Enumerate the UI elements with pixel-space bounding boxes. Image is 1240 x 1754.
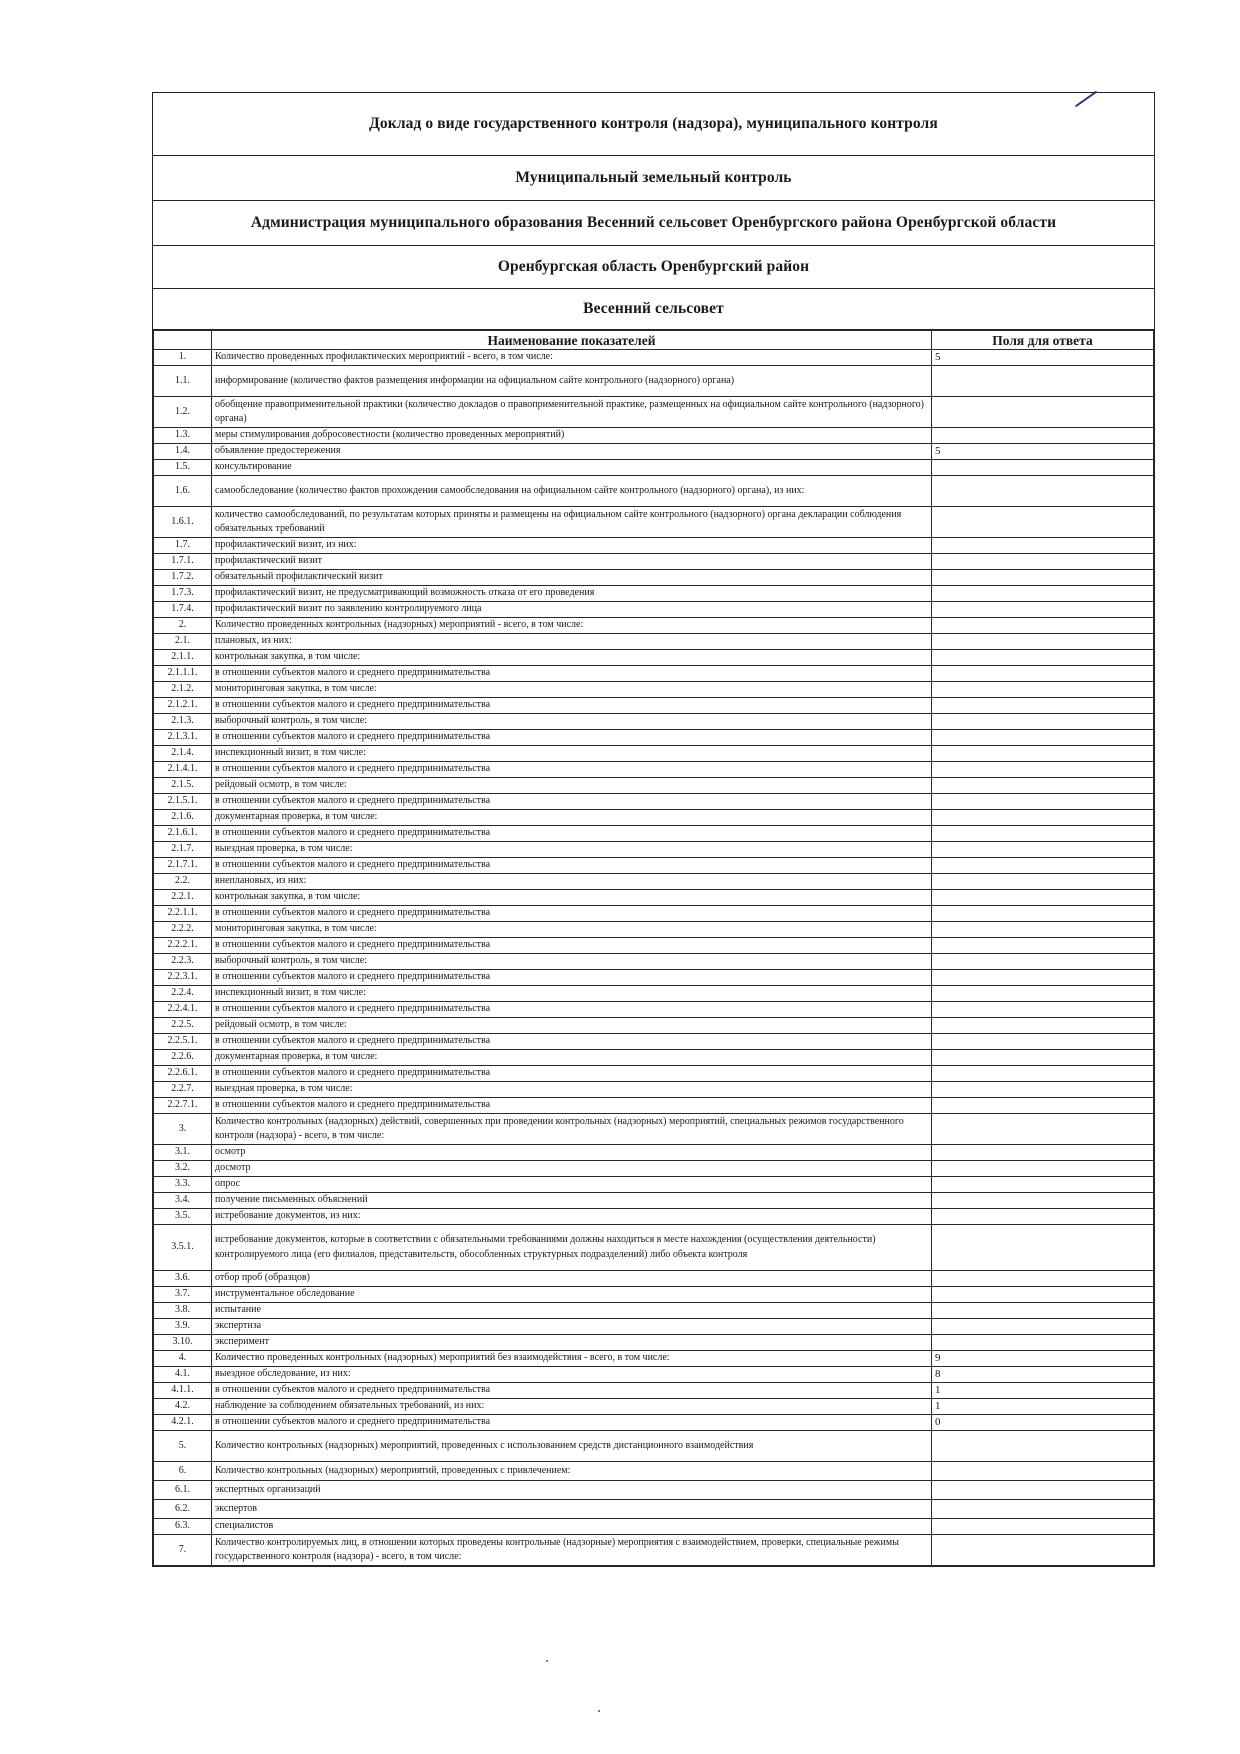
row-number: 2.2.6. <box>154 1050 212 1066</box>
header-indicator-name: Наименование показателей <box>212 331 932 350</box>
row-number: 2.2. <box>154 874 212 890</box>
answer-field[interactable]: 9 <box>932 1351 1154 1367</box>
row-indicator-name: в отношении субъектов малого и среднего … <box>212 938 932 954</box>
table-row: 2.2.4.1.в отношении субъектов малого и с… <box>154 1002 1154 1018</box>
report-sheet: Доклад о виде государственного контроля … <box>152 92 1155 1567</box>
table-row: 2.2.внеплановых, из них: <box>154 874 1154 890</box>
row-number: 1.7.4. <box>154 602 212 618</box>
row-number: 2.1.4.1. <box>154 762 212 778</box>
table-row: 4.1.1.в отношении субъектов малого и сре… <box>154 1383 1154 1399</box>
answer-field[interactable] <box>932 1177 1154 1193</box>
row-indicator-name: обобщение правоприменительной практики (… <box>212 397 932 428</box>
row-indicator-name: наблюдение за соблюдением обязательных т… <box>212 1399 932 1415</box>
table-row: 6.2.экспертов <box>154 1500 1154 1519</box>
row-number: 1.7.1. <box>154 554 212 570</box>
table-row: 2.1.2.мониторинговая закупка, в том числ… <box>154 682 1154 698</box>
table-header-row: Наименование показателей Поля для ответа <box>154 331 1154 350</box>
table-row: 2.1.6.документарная проверка, в том числ… <box>154 810 1154 826</box>
table-row: 2.1.6.1.в отношении субъектов малого и с… <box>154 826 1154 842</box>
row-indicator-name: Количество контрольных (надзорных) мероп… <box>212 1431 932 1462</box>
row-number: 3.7. <box>154 1287 212 1303</box>
table-row: 3.3.опрос <box>154 1177 1154 1193</box>
table-row: 2.1.3.выборочный контроль, в том числе: <box>154 714 1154 730</box>
answer-field[interactable] <box>932 554 1154 570</box>
answer-field[interactable] <box>932 460 1154 476</box>
answer-field[interactable] <box>932 476 1154 507</box>
answer-field[interactable] <box>932 1145 1154 1161</box>
answer-field[interactable] <box>932 954 1154 970</box>
row-number: 2.1.4. <box>154 746 212 762</box>
answer-field[interactable] <box>932 1193 1154 1209</box>
table-row: 6.Количество контрольных (надзорных) мер… <box>154 1462 1154 1481</box>
row-indicator-name: количество самообследований, по результа… <box>212 507 932 538</box>
row-indicator-name: в отношении субъектов малого и среднего … <box>212 1098 932 1114</box>
answer-field[interactable] <box>932 1303 1154 1319</box>
row-number: 2.1.2.1. <box>154 698 212 714</box>
row-number: 2.2.4. <box>154 986 212 1002</box>
row-indicator-name: выборочный контроль, в том числе: <box>212 714 932 730</box>
table-row: 3.4.получение письменных объяснений <box>154 1193 1154 1209</box>
row-number: 2.1.3.1. <box>154 730 212 746</box>
table-row: 4.1.выездное обследование, из них:8 <box>154 1367 1154 1383</box>
answer-field[interactable] <box>932 794 1154 810</box>
answer-field[interactable] <box>932 1225 1154 1271</box>
row-number: 2.2.5. <box>154 1018 212 1034</box>
row-number: 3.6. <box>154 1271 212 1287</box>
answer-field[interactable] <box>932 1082 1154 1098</box>
row-number: 2.2.1. <box>154 890 212 906</box>
row-number: 1.5. <box>154 460 212 476</box>
row-number: 2.2.3. <box>154 954 212 970</box>
row-number: 2.1.5. <box>154 778 212 794</box>
row-number: 3.1. <box>154 1145 212 1161</box>
scan-speck <box>546 1660 548 1662</box>
row-indicator-name: в отношении субъектов малого и среднего … <box>212 1415 932 1431</box>
row-number: 2.1.7.1. <box>154 858 212 874</box>
answer-field[interactable]: 5 <box>932 444 1154 460</box>
answer-field[interactable] <box>932 714 1154 730</box>
row-number: 6.2. <box>154 1500 212 1519</box>
row-indicator-name: самообследование (количество фактов прох… <box>212 476 932 507</box>
table-row: 1.6.самообследование (количество фактов … <box>154 476 1154 507</box>
row-indicator-name: профилактический визит, из них: <box>212 538 932 554</box>
row-number: 2. <box>154 618 212 634</box>
answer-field[interactable] <box>932 428 1154 444</box>
row-indicator-name: выездная проверка, в том числе: <box>212 842 932 858</box>
table-row: 2.2.2.1.в отношении субъектов малого и с… <box>154 938 1154 954</box>
row-indicator-name: Количество проведенных профилактических … <box>212 350 932 366</box>
answer-field[interactable] <box>932 858 1154 874</box>
table-row: 2.2.1.контрольная закупка, в том числе: <box>154 890 1154 906</box>
table-row: 1.1.информирование (количество фактов ра… <box>154 366 1154 397</box>
table-row: 2.2.7.выездная проверка, в том числе: <box>154 1082 1154 1098</box>
row-indicator-name: внеплановых, из них: <box>212 874 932 890</box>
table-row: 1.7.4.профилактический визит по заявлени… <box>154 602 1154 618</box>
answer-field[interactable] <box>932 1500 1154 1519</box>
table-row: 2.1.5.рейдовый осмотр, в том числе: <box>154 778 1154 794</box>
row-indicator-name: в отношении субъектов малого и среднего … <box>212 762 932 778</box>
row-number: 2.2.4.1. <box>154 1002 212 1018</box>
answer-field[interactable] <box>932 1462 1154 1481</box>
row-indicator-name: плановых, из них: <box>212 634 932 650</box>
answer-field[interactable] <box>932 602 1154 618</box>
table-row: 3.5.истребование документов, из них: <box>154 1209 1154 1225</box>
table-row: 2.2.2.мониторинговая закупка, в том числ… <box>154 922 1154 938</box>
answer-field[interactable] <box>932 618 1154 634</box>
table-row: 3.8.испытание <box>154 1303 1154 1319</box>
answer-field[interactable] <box>932 1066 1154 1082</box>
answer-field[interactable] <box>932 586 1154 602</box>
row-number: 4.1.1. <box>154 1383 212 1399</box>
table-row: 2.1.1.контрольная закупка, в том числе: <box>154 650 1154 666</box>
row-indicator-name: экспертов <box>212 1500 932 1519</box>
row-indicator-name: выборочный контроль, в том числе: <box>212 954 932 970</box>
answer-field[interactable] <box>932 1002 1154 1018</box>
row-indicator-name: Количество контрольных (надзорных) мероп… <box>212 1462 932 1481</box>
row-number: 1.6.1. <box>154 507 212 538</box>
answer-field[interactable] <box>932 1287 1154 1303</box>
answer-field[interactable]: 1 <box>932 1383 1154 1399</box>
row-indicator-name: истребование документов, которые в соотв… <box>212 1225 932 1271</box>
answer-field[interactable]: 5 <box>932 350 1154 366</box>
answer-field[interactable]: 0 <box>932 1415 1154 1431</box>
row-indicator-name: эксперимент <box>212 1335 932 1351</box>
answer-field[interactable] <box>932 1535 1154 1566</box>
row-indicator-name: профилактический визит по заявлению конт… <box>212 602 932 618</box>
row-indicator-name: инструментальное обследование <box>212 1287 932 1303</box>
answer-field[interactable] <box>932 970 1154 986</box>
answer-field[interactable] <box>932 986 1154 1002</box>
indicators-table: Наименование показателей Поля для ответа… <box>153 330 1154 1566</box>
row-number: 3.3. <box>154 1177 212 1193</box>
table-row: 2.2.7.1.в отношении субъектов малого и с… <box>154 1098 1154 1114</box>
row-number: 3.9. <box>154 1319 212 1335</box>
table-row: 2.1.7.выездная проверка, в том числе: <box>154 842 1154 858</box>
row-number: 2.2.6.1. <box>154 1066 212 1082</box>
row-indicator-name: в отношении субъектов малого и среднего … <box>212 906 932 922</box>
answer-field[interactable] <box>932 1034 1154 1050</box>
row-indicator-name: в отношении субъектов малого и среднего … <box>212 730 932 746</box>
table-row: 2.2.3.1.в отношении субъектов малого и с… <box>154 970 1154 986</box>
table-row: 2.2.6.1.в отношении субъектов малого и с… <box>154 1066 1154 1082</box>
row-number: 2.1.1. <box>154 650 212 666</box>
table-row: 4.Количество проведенных контрольных (на… <box>154 1351 1154 1367</box>
table-row: 2.2.5.1.в отношении субъектов малого и с… <box>154 1034 1154 1050</box>
answer-field[interactable] <box>932 634 1154 650</box>
row-indicator-name: в отношении субъектов малого и среднего … <box>212 1034 932 1050</box>
answer-field[interactable] <box>932 778 1154 794</box>
answer-field[interactable] <box>932 826 1154 842</box>
answer-field[interactable] <box>932 1161 1154 1177</box>
answer-field[interactable] <box>932 890 1154 906</box>
table-row: 2.2.5.рейдовый осмотр, в том числе: <box>154 1018 1154 1034</box>
row-number: 1. <box>154 350 212 366</box>
row-number: 2.1.6. <box>154 810 212 826</box>
row-number: 1.3. <box>154 428 212 444</box>
row-number: 2.2.2. <box>154 922 212 938</box>
row-indicator-name: в отношении субъектов малого и среднего … <box>212 794 932 810</box>
table-row: 1.7.3.профилактический визит, не предусм… <box>154 586 1154 602</box>
answer-field[interactable] <box>932 366 1154 397</box>
table-row: 2.1.1.1.в отношении субъектов малого и с… <box>154 666 1154 682</box>
answer-field[interactable] <box>932 1335 1154 1351</box>
row-number: 2.2.3.1. <box>154 970 212 986</box>
answer-field[interactable]: 8 <box>932 1367 1154 1383</box>
answer-field[interactable] <box>932 874 1154 890</box>
table-row: 2.1.7.1.в отношении субъектов малого и с… <box>154 858 1154 874</box>
row-indicator-name: объявление предостережения <box>212 444 932 460</box>
row-number: 6.3. <box>154 1519 212 1535</box>
table-row: 2.2.1.1.в отношении субъектов малого и с… <box>154 906 1154 922</box>
answer-field[interactable] <box>932 842 1154 858</box>
control-type: Муниципальный земельный контроль <box>153 156 1154 201</box>
answer-field[interactable] <box>932 1209 1154 1225</box>
answer-field[interactable] <box>932 682 1154 698</box>
indicators-body: 1.Количество проведенных профилактически… <box>154 350 1154 1566</box>
table-row: 3.Количество контрольных (надзорных) дей… <box>154 1114 1154 1145</box>
answer-field[interactable] <box>932 1098 1154 1114</box>
table-row: 2.1.плановых, из них: <box>154 634 1154 650</box>
row-indicator-name: контрольная закупка, в том числе: <box>212 890 932 906</box>
row-indicator-name: получение письменных объяснений <box>212 1193 932 1209</box>
row-number: 2.1.5.1. <box>154 794 212 810</box>
row-number: 3.8. <box>154 1303 212 1319</box>
row-indicator-name: профилактический визит, не предусматрива… <box>212 586 932 602</box>
row-indicator-name: Количество контрольных (надзорных) дейст… <box>212 1114 932 1145</box>
row-indicator-name: Количество контролируемых лиц, в отношен… <box>212 1535 932 1566</box>
row-indicator-name: экспертных организаций <box>212 1481 932 1500</box>
row-indicator-name: меры стимулирования добросовестности (ко… <box>212 428 932 444</box>
row-indicator-name: консультирование <box>212 460 932 476</box>
report-title: Доклад о виде государственного контроля … <box>153 93 1154 156</box>
row-indicator-name: в отношении субъектов малого и среднего … <box>212 666 932 682</box>
row-number: 1.7. <box>154 538 212 554</box>
answer-field[interactable] <box>932 730 1154 746</box>
table-row: 3.2.досмотр <box>154 1161 1154 1177</box>
header-number <box>154 331 212 350</box>
table-row: 1.2.обобщение правоприменительной практи… <box>154 397 1154 428</box>
answer-field[interactable] <box>932 1519 1154 1535</box>
table-row: 1.7.2.обязательный профилактический визи… <box>154 570 1154 586</box>
table-row: 4.2.наблюдение за соблюдением обязательн… <box>154 1399 1154 1415</box>
row-indicator-name: в отношении субъектов малого и среднего … <box>212 698 932 714</box>
scan-speck <box>598 1710 600 1712</box>
row-indicator-name: рейдовый осмотр, в том числе: <box>212 778 932 794</box>
table-row: 2.1.3.1.в отношении субъектов малого и с… <box>154 730 1154 746</box>
answer-field[interactable] <box>932 1050 1154 1066</box>
table-row: 1.3.меры стимулирования добросовестности… <box>154 428 1154 444</box>
row-number: 2.2.5.1. <box>154 1034 212 1050</box>
answer-field[interactable] <box>932 746 1154 762</box>
table-row: 2.2.6.документарная проверка, в том числ… <box>154 1050 1154 1066</box>
row-indicator-name: контрольная закупка, в том числе: <box>212 650 932 666</box>
answer-field[interactable]: 1 <box>932 1399 1154 1415</box>
row-number: 2.1.7. <box>154 842 212 858</box>
region-name: Оренбургская область Оренбургский район <box>153 246 1154 289</box>
row-number: 2.2.7.1. <box>154 1098 212 1114</box>
table-row: 6.1.экспертных организаций <box>154 1481 1154 1500</box>
row-number: 3.4. <box>154 1193 212 1209</box>
table-row: 2.2.3.выборочный контроль, в том числе: <box>154 954 1154 970</box>
row-indicator-name: рейдовый осмотр, в том числе: <box>212 1018 932 1034</box>
municipality-name: Весенний сельсовет <box>153 289 1154 330</box>
table-row: 3.9.экспертиза <box>154 1319 1154 1335</box>
row-number: 2.1.3. <box>154 714 212 730</box>
table-row: 1.7.профилактический визит, из них: <box>154 538 1154 554</box>
answer-field[interactable] <box>932 507 1154 538</box>
row-indicator-name: Количество проведенных контрольных (надз… <box>212 1351 932 1367</box>
row-number: 2.1.2. <box>154 682 212 698</box>
row-indicator-name: мониторинговая закупка, в том числе: <box>212 682 932 698</box>
table-row: 1.Количество проведенных профилактически… <box>154 350 1154 366</box>
table-row: 6.3.специалистов <box>154 1519 1154 1535</box>
row-number: 4.2. <box>154 1399 212 1415</box>
row-number: 1.4. <box>154 444 212 460</box>
row-indicator-name: в отношении субъектов малого и среднего … <box>212 970 932 986</box>
answer-field[interactable] <box>932 1319 1154 1335</box>
row-indicator-name: в отношении субъектов малого и среднего … <box>212 1002 932 1018</box>
row-indicator-name: осмотр <box>212 1145 932 1161</box>
table-row: 3.7.инструментальное обследование <box>154 1287 1154 1303</box>
table-row: 7.Количество контролируемых лиц, в отнош… <box>154 1535 1154 1566</box>
answer-field[interactable] <box>932 922 1154 938</box>
table-row: 5.Количество контрольных (надзорных) мер… <box>154 1431 1154 1462</box>
table-row: 3.5.1.истребование документов, которые в… <box>154 1225 1154 1271</box>
row-number: 2.1.1.1. <box>154 666 212 682</box>
row-number: 4. <box>154 1351 212 1367</box>
answer-field[interactable] <box>932 1271 1154 1287</box>
answer-field[interactable] <box>932 906 1154 922</box>
row-indicator-name: в отношении субъектов малого и среднего … <box>212 858 932 874</box>
row-indicator-name: профилактический визит <box>212 554 932 570</box>
row-indicator-name: обязательный профилактический визит <box>212 570 932 586</box>
answer-field[interactable] <box>932 1431 1154 1462</box>
table-row: 3.1.осмотр <box>154 1145 1154 1161</box>
row-number: 3.10. <box>154 1335 212 1351</box>
answer-field[interactable] <box>932 1481 1154 1500</box>
answer-field[interactable] <box>932 650 1154 666</box>
answer-field[interactable] <box>932 570 1154 586</box>
table-row: 1.7.1.профилактический визит <box>154 554 1154 570</box>
row-number: 5. <box>154 1431 212 1462</box>
table-row: 1.6.1.количество самообследований, по ре… <box>154 507 1154 538</box>
row-number: 3.5.1. <box>154 1225 212 1271</box>
row-indicator-name: инспекционный визит, в том числе: <box>212 746 932 762</box>
row-indicator-name: экспертиза <box>212 1319 932 1335</box>
row-number: 4.2.1. <box>154 1415 212 1431</box>
row-indicator-name: Количество проведенных контрольных (надз… <box>212 618 932 634</box>
table-row: 2.1.4.1.в отношении субъектов малого и с… <box>154 762 1154 778</box>
row-number: 1.1. <box>154 366 212 397</box>
row-number: 1.6. <box>154 476 212 507</box>
row-indicator-name: в отношении субъектов малого и среднего … <box>212 826 932 842</box>
table-row: 4.2.1.в отношении субъектов малого и сре… <box>154 1415 1154 1431</box>
row-indicator-name: отбор проб (образцов) <box>212 1271 932 1287</box>
row-number: 2.2.1.1. <box>154 906 212 922</box>
row-indicator-name: документарная проверка, в том числе: <box>212 810 932 826</box>
table-row: 2.2.4.инспекционный визит, в том числе: <box>154 986 1154 1002</box>
table-row: 2.1.5.1.в отношении субъектов малого и с… <box>154 794 1154 810</box>
row-indicator-name: в отношении субъектов малого и среднего … <box>212 1383 932 1399</box>
row-indicator-name: истребование документов, из них: <box>212 1209 932 1225</box>
row-number: 3.5. <box>154 1209 212 1225</box>
row-indicator-name: инспекционный визит, в том числе: <box>212 986 932 1002</box>
row-number: 2.1. <box>154 634 212 650</box>
row-indicator-name: испытание <box>212 1303 932 1319</box>
row-indicator-name: документарная проверка, в том числе: <box>212 1050 932 1066</box>
answer-field[interactable] <box>932 1114 1154 1145</box>
table-row: 3.10.эксперимент <box>154 1335 1154 1351</box>
row-number: 7. <box>154 1535 212 1566</box>
row-number: 6. <box>154 1462 212 1481</box>
table-row: 3.6.отбор проб (образцов) <box>154 1271 1154 1287</box>
row-indicator-name: мониторинговая закупка, в том числе: <box>212 922 932 938</box>
row-number: 6.1. <box>154 1481 212 1500</box>
row-number: 1.7.2. <box>154 570 212 586</box>
row-number: 3. <box>154 1114 212 1145</box>
answer-field[interactable] <box>932 698 1154 714</box>
row-indicator-name: специалистов <box>212 1519 932 1535</box>
answer-field[interactable] <box>932 1018 1154 1034</box>
row-number: 1.7.3. <box>154 586 212 602</box>
table-row: 1.5.консультирование <box>154 460 1154 476</box>
row-indicator-name: информирование (количество фактов размещ… <box>212 366 932 397</box>
table-row: 1.4.объявление предостережения5 <box>154 444 1154 460</box>
row-number: 2.1.6.1. <box>154 826 212 842</box>
row-indicator-name: выездное обследование, из них: <box>212 1367 932 1383</box>
table-row: 2.1.4.инспекционный визит, в том числе: <box>154 746 1154 762</box>
answer-field[interactable] <box>932 666 1154 682</box>
organization-name: Администрация муниципального образования… <box>153 201 1154 246</box>
row-indicator-name: выездная проверка, в том числе: <box>212 1082 932 1098</box>
row-indicator-name: опрос <box>212 1177 932 1193</box>
row-number: 2.2.7. <box>154 1082 212 1098</box>
header-answer: Поля для ответа <box>932 331 1154 350</box>
table-row: 2.Количество проведенных контрольных (на… <box>154 618 1154 634</box>
answer-field[interactable] <box>932 397 1154 428</box>
answer-field[interactable] <box>932 938 1154 954</box>
table-row: 2.1.2.1.в отношении субъектов малого и с… <box>154 698 1154 714</box>
answer-field[interactable] <box>932 538 1154 554</box>
row-number: 4.1. <box>154 1367 212 1383</box>
row-number: 1.2. <box>154 397 212 428</box>
row-number: 3.2. <box>154 1161 212 1177</box>
row-indicator-name: в отношении субъектов малого и среднего … <box>212 1066 932 1082</box>
answer-field[interactable] <box>932 762 1154 778</box>
row-indicator-name: досмотр <box>212 1161 932 1177</box>
row-number: 2.2.2.1. <box>154 938 212 954</box>
answer-field[interactable] <box>932 810 1154 826</box>
